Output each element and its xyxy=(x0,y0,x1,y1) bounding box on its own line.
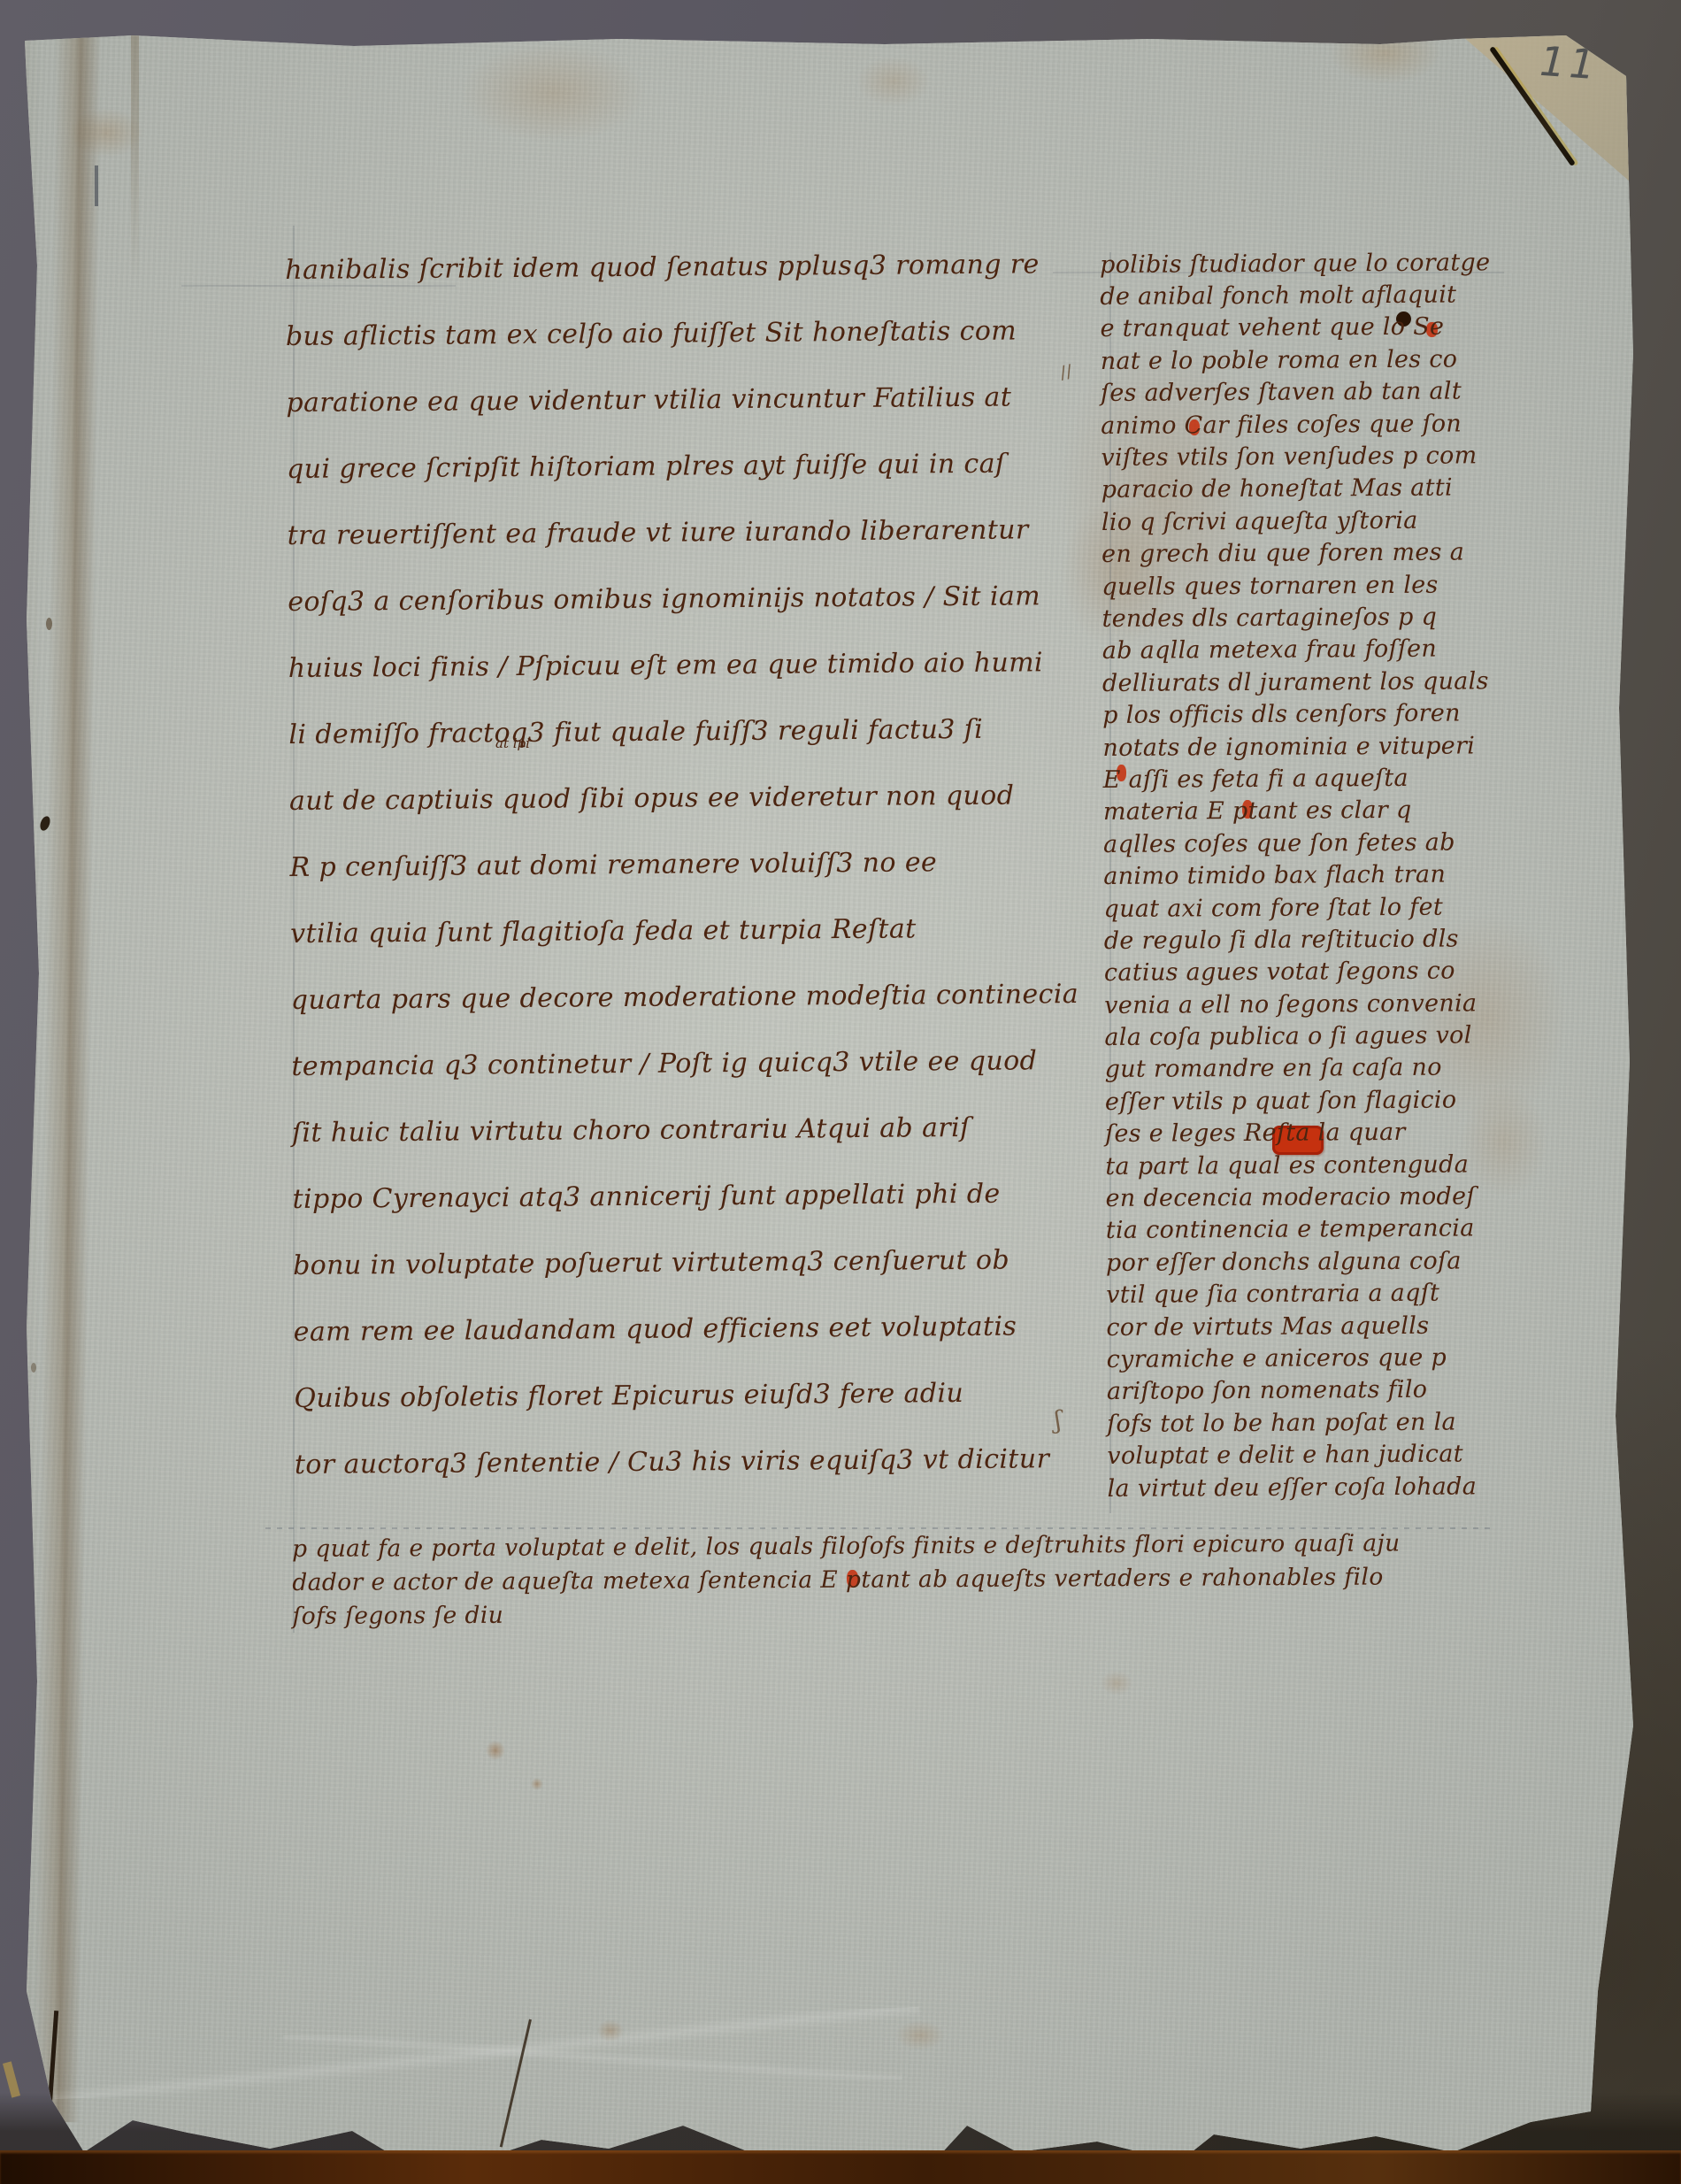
manuscript-line: quat axi com fore ſtat lo fet xyxy=(1103,890,1519,925)
manuscript-line: por eſſer donchs alguna coſa xyxy=(1106,1244,1522,1279)
manuscript-line: ſes e leges Reſta la quar xyxy=(1105,1116,1521,1150)
manuscript-line: ſofs tot lo be han poſat en la xyxy=(1107,1405,1523,1440)
manuscript-line: ab aqlla metexa frau foſſen xyxy=(1102,633,1518,667)
manuscript-line: gut romandre en ſa caſa no xyxy=(1105,1051,1521,1086)
manuscript-line: materia E ptant es clar q xyxy=(1103,794,1519,828)
manuscript-line: ala coſa publica o ſi agues vol xyxy=(1104,1019,1520,1053)
manuscript-line: lio q ſcrivi aqueſta yſtoria xyxy=(1101,504,1517,538)
manuscript-line: eoſq3 a cenſoribus omibus ignominijs not… xyxy=(288,563,1067,635)
manuscript-line: quells ques tornaren en les xyxy=(1101,568,1517,603)
manuscript-line: E aſſi es feta fi a aqueſta xyxy=(1103,761,1519,796)
latin-column: hanibalis ſcribit idem quod ſenatus pplu… xyxy=(285,231,1073,1498)
manuscript-line: eam rem ee laudandam quod efficiens eet … xyxy=(293,1293,1072,1365)
interlinear-note: at ipi xyxy=(495,735,530,751)
manuscript-line: aqlles coſes que ſon fetes ab xyxy=(1103,826,1519,860)
manuscript-line: notats de ignominia e vituperi xyxy=(1102,729,1518,764)
manuscript-line: viſtes vtils ſon venſudes p com xyxy=(1101,439,1516,473)
photo-background: 11 ¶ ∕∕ ʃ hanibalis ſcribit idem quod ſe… xyxy=(0,0,1681,2184)
manuscript-line: R p cenſuiſſ3 aut domi remanere voluiſſ3… xyxy=(289,828,1069,901)
manuscript-line: animo timido bax flach tran xyxy=(1103,858,1519,893)
manuscript-line: ta part la qual es contenguda xyxy=(1105,1148,1521,1182)
manuscript-line: cyramiche e aniceros que p xyxy=(1107,1341,1523,1375)
catalan-column: polibis ſtudiador que lo coratgede aniba… xyxy=(1100,246,1524,1504)
manuscript-line: en grech diu que foren mes a xyxy=(1101,536,1517,571)
folio-number-pencil: 11 xyxy=(1533,37,1604,88)
manuscript-line: la virtut deu eſſer coſa lohada xyxy=(1107,1470,1523,1504)
manuscript-page: 11 ¶ ∕∕ ʃ hanibalis ſcribit idem quod ſe… xyxy=(0,0,1681,2184)
manuscript-line: tendes dls cartagineſos p q xyxy=(1101,600,1517,634)
manuscript-line: ſit huic taliu virtutu choro contrariu A… xyxy=(292,1094,1071,1166)
manuscript-line: de regulo ſi dla reſtitucio dls xyxy=(1104,922,1520,957)
thread-fragment xyxy=(3,2061,20,2097)
manuscript-line: qui grece ſcripſit hiſtoriam plres ayt f… xyxy=(287,430,1066,503)
binding-fragment xyxy=(0,12,16,39)
manuscript-line: nat e lo poble roma en les co xyxy=(1101,342,1516,377)
manuscript-line: li demiſſo fractoq3 fiut quale fuiſſ3 re… xyxy=(288,696,1068,768)
gutter-crease-secondary xyxy=(131,35,139,283)
manuscript-line: tippo Cyrenayci atq3 annicerij ſunt appe… xyxy=(292,1160,1071,1233)
manuscript-line: vtilia quia ſunt flagitioſa feda et turp… xyxy=(290,895,1070,967)
manuscript-line: tempancia q3 continetur / Poſt ig quicq3… xyxy=(291,1027,1071,1100)
paper-crease xyxy=(283,2035,902,2080)
manuscript-line: animo Car files coſes que ſon xyxy=(1101,407,1516,442)
manuscript-line: quarta pars que decore moderatione modeſ… xyxy=(290,961,1070,1034)
manuscript-line: vtil que ſia contraria a aqſt xyxy=(1106,1277,1522,1311)
table-edge xyxy=(0,2150,1681,2184)
manuscript-line: e tranquat vehent que lo Se xyxy=(1100,311,1516,345)
manuscript-line: bus aflictis tam ex celſo aio fuiſſet Si… xyxy=(286,297,1065,370)
manuscript-line: paracio de honeſtat Mas atti xyxy=(1101,472,1517,506)
manuscript-line: venia a ell no ſegons convenia xyxy=(1104,987,1520,1021)
manuscript-line: eſſer vtils p quat ſon flagicio xyxy=(1105,1083,1521,1118)
manuscript-line: Quibus obſoletis floret Epicurus eiuſd3 … xyxy=(294,1359,1073,1432)
manuscript-line: huius loci finis / Pſpicuu eſt em ea que… xyxy=(288,629,1068,702)
manuscript-line: tor auctorq3 ſententie / Cu3 his viris e… xyxy=(295,1426,1074,1498)
manuscript-line: polibis ſtudiador que lo coratge xyxy=(1100,246,1516,281)
sewing-hole xyxy=(31,1363,36,1373)
manuscript-line: catius agues votat ſegons co xyxy=(1104,955,1520,989)
manuscript-line: cor de virtuts Mas aquells xyxy=(1106,1309,1522,1343)
manuscript-line: ariſtopo ſon nomenats filo xyxy=(1107,1373,1523,1408)
sewing-hole xyxy=(46,618,52,630)
gutter-crease xyxy=(34,34,102,2122)
bottom-text-block: p quat fa e porta voluptat e delit, los … xyxy=(292,1526,1496,1633)
manuscript-line: paratione ea que videntur vtilia vincunt… xyxy=(286,364,1065,436)
manuscript-line: tra reuertiſſent ea fraude vt iure iuran… xyxy=(287,496,1066,569)
manuscript-line: ſofs ſegons ſe diu xyxy=(292,1593,1495,1633)
manuscript-line: ſes adverſes ſtaven ab tan alt xyxy=(1101,375,1516,410)
manuscript-line: en decencia moderacio modeſ xyxy=(1105,1180,1521,1214)
manuscript-line: p los officis dls cenſors foren xyxy=(1102,697,1518,732)
manuscript-line: de anibal fonch molt aflaquit xyxy=(1100,279,1516,313)
manuscript-line: tia continencia e temperancia xyxy=(1106,1212,1522,1247)
manuscript-line: hanibalis ſcribit idem quod ſenatus pplu… xyxy=(285,231,1064,304)
manuscript-line: bonu in voluptate poſuerut virtutemq3 ce… xyxy=(293,1227,1072,1299)
paper-fleck xyxy=(95,165,98,206)
manuscript-line: aut de captiuis quod ſibi opus ee videre… xyxy=(289,762,1069,834)
manuscript-line: delliurats dl jurament los quals xyxy=(1102,665,1518,699)
manuscript-line: voluptat e delit e han judicat xyxy=(1107,1438,1523,1473)
